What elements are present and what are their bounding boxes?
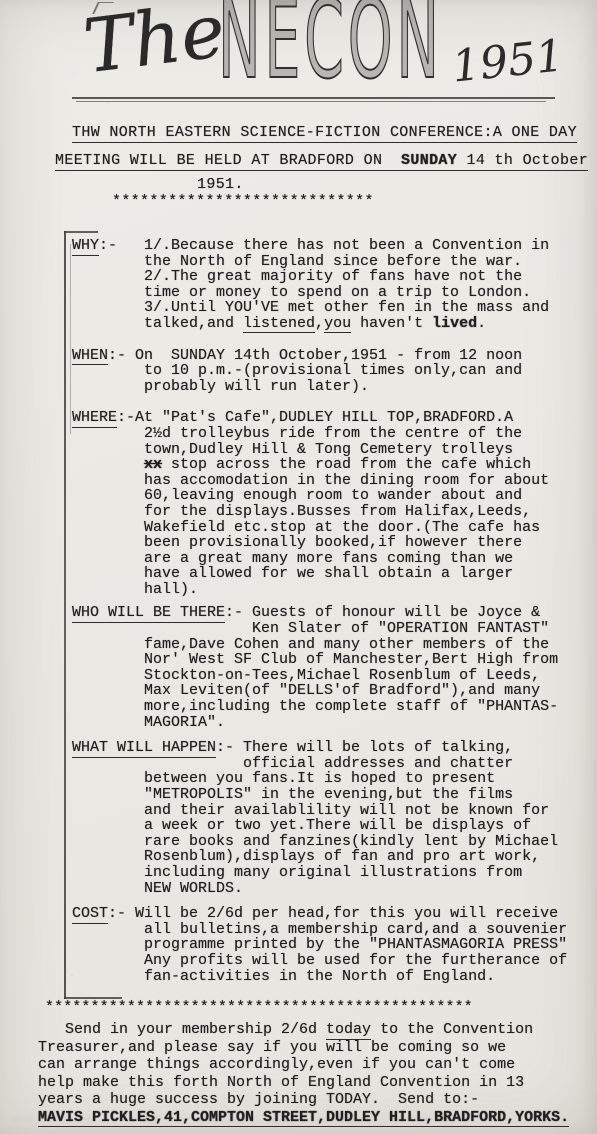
text-segment: , <box>315 315 324 332</box>
text-segment: :- There will be lots of talking, <box>216 739 513 756</box>
text-line: WHERE:-At "Pat's Cafe",DUDLEY HILL TOP,B… <box>72 410 582 426</box>
text-segment: and their availablility will not be know… <box>72 802 549 819</box>
text-line: WHAT WILL HAPPEN:- There will be lots of… <box>72 740 582 756</box>
text-segment: you <box>324 315 351 334</box>
text-line: programme printed by the "PHANTASMAGORIA… <box>72 937 582 953</box>
text-line: Ken Slater of "OPERATION FANTAST" <box>72 621 582 637</box>
text-line: Treasurer,and please say if you will be … <box>38 1039 583 1057</box>
text-segment: 14 th October <box>457 152 588 171</box>
text-segment: stop across the road from the cafe which <box>162 456 531 473</box>
text-segment: fan-activities in the North of England. <box>72 968 495 985</box>
text-line: to 10 p.m.-(provisional times only,can a… <box>72 363 582 379</box>
text-line: 2/.The great majority of fans have not t… <box>72 269 582 285</box>
bleed-through-artifact: ~~ ~~~ ~~~~ ~ ~~~~ <box>200 1114 364 1129</box>
text-line: fan-activities in the North of England. <box>72 969 582 985</box>
text-line: including many original illustrations fr… <box>72 865 582 881</box>
text-line: official addresses and chatter <box>72 756 582 772</box>
section-cost: COST:- Will be 2/6d per head,for this yo… <box>72 906 582 984</box>
text-segment: 60,leaving enough room to wander about a… <box>72 487 522 504</box>
text-segment: more,including the complete staff of "PH… <box>72 698 558 715</box>
text-segment: :- Guests of honour will be Joyce & <box>225 604 540 621</box>
text-line: a week or two yet.There will be displays… <box>72 818 582 834</box>
text-segment: including many original illustrations fr… <box>72 864 522 881</box>
text-line: "METROPOLIS" in the evening,but the film… <box>72 787 582 803</box>
text-segment: Max Leviten(of "DELLS'of Bradford"),and … <box>72 682 540 699</box>
text-line: and their availablility will not be know… <box>72 803 582 819</box>
text-line: Stockton-on-Tees,Michael Rosenblum of Le… <box>72 668 582 684</box>
bleed-through-artifact: ~~~ ~ ~~ ~~ <box>10 1112 158 1127</box>
asterisk-divider-bottom: ****************************************… <box>45 1000 473 1016</box>
text-segment: Send in your membership 2/6d <box>38 1021 326 1038</box>
footer-block: Send in your membership 2/6d today to th… <box>38 1021 583 1126</box>
text-line: Wakefield etc.stop at the door.(The cafe… <box>72 520 582 536</box>
text-line: for the displays.Busses from Halifax,Lee… <box>72 504 582 520</box>
text-segment: MEETING WILL BE HELD AT BRADFORD ON <box>55 152 401 171</box>
text-segment: . <box>477 315 486 332</box>
text-line: help make this forth North of England Co… <box>38 1074 583 1092</box>
text-segment: 3/.Until YOU'VE met other fen in the mas… <box>72 299 549 316</box>
text-line: have allowed for we shall obtain a large… <box>72 566 582 582</box>
text-segment: all bulletins,a membership card,and a so… <box>72 921 567 938</box>
text-segment: between you fans.It is hoped to present <box>72 770 495 787</box>
body-text-block: WHY:- 1/.Because there has not been a Co… <box>72 238 582 984</box>
text-segment: 2/.The great majority of fans have not t… <box>72 268 522 285</box>
text-line: 3/.Until YOU'VE met other fen in the mas… <box>72 300 582 316</box>
text-segment: been provisionally booked,if however the… <box>72 534 522 551</box>
text-line: more,including the complete staff of "PH… <box>72 699 582 715</box>
text-segment: Rosenblum),displays of fan and pro art w… <box>72 848 540 865</box>
text-segment: official addresses and chatter <box>72 755 513 772</box>
text-line: Any profits will be used for the further… <box>72 953 582 969</box>
text-line: WHEN:- On SUNDAY 14th October,1951 - fro… <box>72 348 582 364</box>
text-segment: have allowed for we shall obtain a large… <box>72 565 513 582</box>
masthead-rule-bottom <box>76 101 546 102</box>
text-segment: Wakefield etc.stop at the door.(The cafe… <box>72 519 540 536</box>
text-segment: fame,Dave Cohen and many other members o… <box>72 636 549 653</box>
text-line: COST:- Will be 2/6d per head,for this yo… <box>72 906 582 922</box>
text-line: all bulletins,a membership card,and a so… <box>72 922 582 938</box>
text-line: the North of England since before the wa… <box>72 254 582 270</box>
body-box-inner-rule <box>70 244 71 434</box>
headline-year-line: 1951. <box>197 177 244 193</box>
text-line: probably will run later). <box>72 379 582 395</box>
text-segment: MAGORIA". <box>72 714 225 731</box>
headline-line-2: MEETING WILL BE HELD AT BRADFORD ON SUND… <box>55 153 588 169</box>
text-segment: to the Convention <box>371 1021 533 1038</box>
text-line: 2½d trolleybus ride from the centre of t… <box>72 426 582 442</box>
section-where: WHERE:-At "Pat's Cafe",DUDLEY HILL TOP,B… <box>72 410 582 597</box>
text-segment: listened <box>243 315 315 334</box>
text-segment: programme printed by the "PHANTASMAGORIA… <box>72 936 567 953</box>
text-segment: has accomodation in the dining room for … <box>72 472 549 489</box>
text-line: WHO WILL BE THERE:- Guests of honour wil… <box>72 605 582 621</box>
text-line: Rosenblum),displays of fan and pro art w… <box>72 849 582 865</box>
text-segment: haven't <box>351 315 432 332</box>
text-line: xx stop across the road from the cafe wh… <box>72 457 582 473</box>
text-segment: Ken Slater of "OPERATION FANTAST" <box>72 620 549 637</box>
text-line: can arrange things accordingly,even if y… <box>38 1056 583 1074</box>
text-segment: xx <box>144 456 162 473</box>
text-segment: :-At "Pat's Cafe",DUDLEY HILL TOP,BRADFO… <box>117 409 513 426</box>
text-segment: time or money to spend on a trip to Lond… <box>72 284 531 301</box>
text-line: been provisionally booked,if however the… <box>72 535 582 551</box>
text-segment: the North of England since before the wa… <box>72 253 522 270</box>
text-line: Send in your membership 2/6d today to th… <box>38 1021 583 1039</box>
section-who: WHO WILL BE THERE:- Guests of honour wil… <box>72 605 582 730</box>
text-segment: town,Dudley Hill & Tong Cemetery trolley… <box>72 441 513 458</box>
text-segment: Treasurer,and please say if you will be … <box>38 1039 506 1056</box>
section-what: WHAT WILL HAPPEN:- There will be lots of… <box>72 740 582 896</box>
text-segment: talked,and <box>72 315 243 332</box>
text-segment: "METROPOLIS" in the evening,but the film… <box>72 786 513 803</box>
text-segment: rare books and fanzines(kindly lent by M… <box>72 833 558 850</box>
asterisk-divider-top: **************************** <box>112 194 374 210</box>
bleed-through-artifact: ~~~~ ~~ <box>400 1112 455 1127</box>
text-segment: to 10 p.m.-(provisional times only,can a… <box>72 362 522 379</box>
masthead-title-necon: NECON <box>218 0 443 95</box>
text-segment: are a great many more fans coming than w… <box>72 550 513 567</box>
scanned-flyer-page: The NECON 1951 THW NORTH EASTERN SCIENCE… <box>0 0 597 1134</box>
text-line: rare books and fanzines(kindly lent by M… <box>72 834 582 850</box>
text-line: talked,and listened,you haven't lived. <box>72 316 582 332</box>
text-line: Nor' West SF Club of Manchester,Bert Hig… <box>72 652 582 668</box>
section-why: WHY:- 1/.Because there has not been a Co… <box>72 238 582 332</box>
text-segment: help make this forth North of England Co… <box>38 1074 524 1091</box>
text-line: NEW WORLDS. <box>72 881 582 897</box>
text-segment: Nor' West SF Club of Manchester,Bert Hig… <box>72 651 558 668</box>
masthead-script-the: The <box>80 0 229 84</box>
section-when: WHEN:- On SUNDAY 14th October,1951 - fro… <box>72 348 582 395</box>
text-line: MAGORIA". <box>72 715 582 731</box>
masthead-year-1951: 1951 <box>450 34 566 89</box>
body-box-left-rule <box>64 231 66 999</box>
text-segment: hall). <box>72 581 198 598</box>
text-line: hall). <box>72 582 582 598</box>
text-segment: SUNDAY <box>401 152 457 171</box>
text-segment: can arrange things accordingly,even if y… <box>38 1056 515 1073</box>
text-line: WHY:- 1/.Because there has not been a Co… <box>72 238 582 254</box>
text-line: fame,Dave Cohen and many other members o… <box>72 637 582 653</box>
masthead-rule-top <box>72 97 555 99</box>
text-segment: probably will run later). <box>72 378 369 395</box>
text-line: between you fans.It is hoped to present <box>72 771 582 787</box>
text-segment: a week or two yet.There will be displays… <box>72 817 531 834</box>
headline-line-1: THW NORTH EASTERN SCIENCE-FICTION CONFER… <box>72 125 577 141</box>
text-segment: 2½d trolleybus ride from the centre of t… <box>72 425 522 442</box>
text-segment: :- On SUNDAY 14th October,1951 - from 12… <box>108 347 522 364</box>
text-segment: THW NORTH EASTERN SCIENCE-FICTION CONFER… <box>72 124 577 143</box>
text-line: 60,leaving enough room to wander about a… <box>72 488 582 504</box>
text-segment <box>72 456 144 473</box>
body-box-top-tick <box>64 231 98 233</box>
text-line: has accomodation in the dining room for … <box>72 473 582 489</box>
text-line: are a great many more fans coming than w… <box>72 551 582 567</box>
text-line: town,Dudley Hill & Tong Cemetery trolley… <box>72 442 582 458</box>
text-segment: :- 1/.Because there has not been a Conve… <box>99 237 549 254</box>
text-segment: Stockton-on-Tees,Michael Rosenblum of Le… <box>72 667 540 684</box>
text-segment: for the displays.Busses from Halifax,Lee… <box>72 503 531 520</box>
text-segment: :- Will be 2/6d per head,for this you wi… <box>108 905 558 922</box>
text-segment: today <box>326 1021 371 1040</box>
text-segment: years a huge success by joining TODAY. S… <box>38 1091 479 1108</box>
text-segment: Any profits will be used for the further… <box>72 952 567 969</box>
text-line: time or money to spend on a trip to Lond… <box>72 285 582 301</box>
text-line: Max Leviten(of "DELLS'of Bradford"),and … <box>72 683 582 699</box>
text-segment: lived <box>432 315 477 332</box>
text-segment: NEW WORLDS. <box>72 880 243 897</box>
text-line: years a huge success by joining TODAY. S… <box>38 1091 583 1109</box>
